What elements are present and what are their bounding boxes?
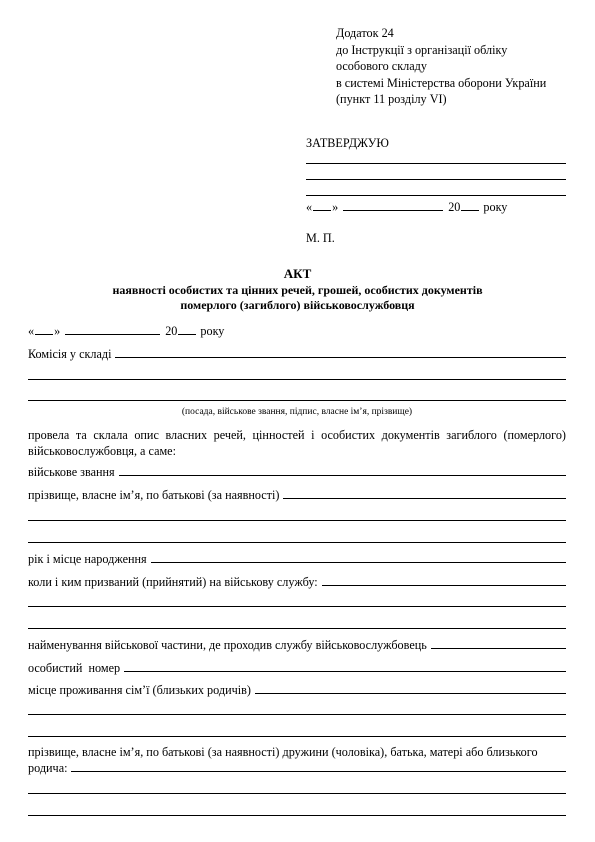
annex-reference: Додаток 24 до Інструкції з організації о… xyxy=(336,25,546,108)
description-intro: провела та склала опис власних речей, ці… xyxy=(28,427,566,459)
family-residence-line[interactable] xyxy=(28,736,566,737)
conscription-line[interactable] xyxy=(28,606,566,607)
year-prefix: 20 xyxy=(165,324,177,339)
family-residence-line[interactable] xyxy=(28,714,566,715)
commission-line[interactable] xyxy=(28,400,566,401)
quote-open: « xyxy=(28,324,34,339)
annex-line: (пункт 11 розділу VI) xyxy=(336,91,546,108)
full-name-label: прізвище, власне ім’я, по батькові (за н… xyxy=(28,488,279,503)
conscription-blank[interactable] xyxy=(322,574,566,586)
document-subtitle-line1: наявності особистих та цінних речей, гро… xyxy=(0,283,595,298)
rank-blank[interactable] xyxy=(119,464,566,476)
birth-blank[interactable] xyxy=(151,551,566,563)
family-residence-label: місце проживання сім’ї (близьких родичів… xyxy=(28,683,251,698)
annex-line: в системі Міністерства оборони України xyxy=(336,75,546,92)
month-blank[interactable] xyxy=(343,199,443,211)
birth-field[interactable]: рік і місце народження xyxy=(28,551,566,567)
year-blank[interactable] xyxy=(178,323,196,335)
personal-number-field[interactable]: особистий номер xyxy=(28,660,566,676)
commission-label: Комісія у складі xyxy=(28,347,111,362)
year-prefix: 20 xyxy=(448,200,460,215)
approval-date-field[interactable]: « » 20 року xyxy=(306,199,507,215)
birth-label: рік і місце народження xyxy=(28,552,147,567)
approval-heading: ЗАТВЕРДЖУЮ xyxy=(306,136,389,151)
annex-line: Додаток 24 xyxy=(336,25,546,42)
document-title: АКТ xyxy=(0,266,595,282)
year-blank[interactable] xyxy=(461,199,479,211)
approval-signature-line[interactable] xyxy=(306,195,566,196)
year-suffix: року xyxy=(200,324,224,339)
conscription-line[interactable] xyxy=(28,628,566,629)
day-blank[interactable] xyxy=(35,323,53,335)
month-blank[interactable] xyxy=(65,323,160,335)
rank-label: військове звання xyxy=(28,465,115,480)
quote-open: « xyxy=(306,200,312,215)
family-residence-blank[interactable] xyxy=(255,682,566,694)
quote-close: » xyxy=(332,200,338,215)
personal-number-blank[interactable] xyxy=(124,660,566,672)
military-unit-blank[interactable] xyxy=(431,637,566,649)
military-unit-label: найменування військової частини, де прох… xyxy=(28,638,427,653)
act-date-field[interactable]: « » 20 року xyxy=(28,323,224,339)
conscription-label: коли і ким призваний (прийнятий) на війс… xyxy=(28,575,318,590)
rank-field[interactable]: військове звання xyxy=(28,464,566,480)
relative-line[interactable] xyxy=(28,793,566,794)
year-suffix: року xyxy=(483,200,507,215)
annex-line: особового складу xyxy=(336,58,546,75)
family-residence-field[interactable]: місце проживання сім’ї (близьких родичів… xyxy=(28,682,566,698)
stamp-label: М. П. xyxy=(306,231,335,246)
full-name-blank[interactable] xyxy=(283,487,566,499)
relative-line[interactable] xyxy=(28,815,566,816)
relative-label-line2: родича: xyxy=(28,761,67,776)
quote-close: » xyxy=(54,324,60,339)
full-name-line[interactable] xyxy=(28,520,566,521)
commission-caption: (посада, військове звання, підпис, власн… xyxy=(28,407,566,417)
day-blank[interactable] xyxy=(313,199,331,211)
commission-line[interactable] xyxy=(28,379,566,380)
personal-number-label: особистий номер xyxy=(28,661,120,676)
full-name-field[interactable]: прізвище, власне ім’я, по батькові (за н… xyxy=(28,487,566,503)
relative-field[interactable]: родича: xyxy=(28,760,566,776)
approval-signature-line[interactable] xyxy=(306,163,566,164)
full-name-line[interactable] xyxy=(28,542,566,543)
annex-line: до Інструкції з організації обліку xyxy=(336,42,546,59)
relative-label-line1: прізвище, власне ім’я, по батькові (за н… xyxy=(28,744,566,760)
approval-signature-line[interactable] xyxy=(306,179,566,180)
relative-blank[interactable] xyxy=(71,760,566,772)
commission-blank[interactable] xyxy=(115,346,566,358)
military-unit-field[interactable]: найменування військової частини, де прох… xyxy=(28,637,566,653)
document-subtitle-line2: померлого (загиблого) військовослужбовця xyxy=(0,298,595,313)
conscription-field[interactable]: коли і ким призваний (прийнятий) на війс… xyxy=(28,574,566,590)
commission-field[interactable]: Комісія у складі xyxy=(28,346,566,362)
